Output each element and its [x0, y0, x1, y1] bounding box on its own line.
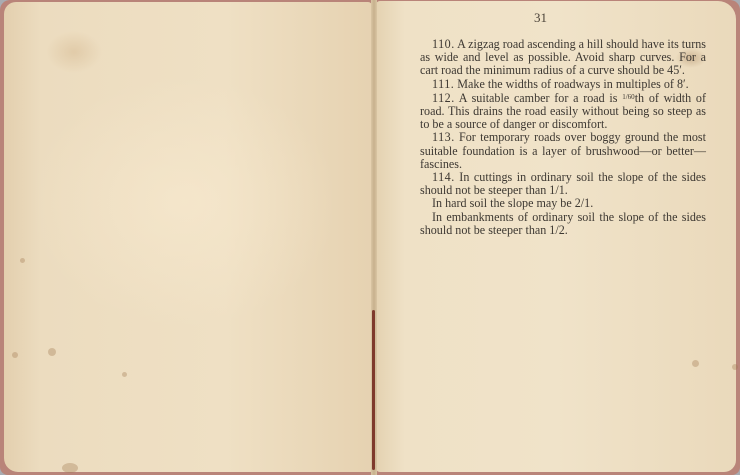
section-number: 113.: [432, 130, 455, 144]
section-number: 110.: [432, 37, 455, 51]
paragraph-114: 114. In cuttings in ordinary soil the sl…: [420, 171, 706, 197]
paragraph-113: 113. For temporary roads over boggy grou…: [420, 131, 706, 171]
left-page: [4, 2, 372, 472]
stain-spot: [48, 348, 56, 356]
stain-spot: [122, 372, 127, 377]
stain-spot: [62, 463, 78, 473]
page-number: 31: [534, 10, 547, 26]
section-number: 111.: [432, 77, 454, 91]
paragraph-110: 110. A zigzag road ascending a hill shou…: [420, 38, 706, 78]
stain-spot: [732, 364, 738, 370]
section-number: 112.: [432, 91, 455, 105]
stain-spot: [12, 352, 18, 358]
page-text: 110. A zigzag road ascending a hill shou…: [420, 38, 706, 237]
open-book: 31 110. A zigzag road ascending a hill s…: [0, 0, 740, 475]
fraction: 1/60: [622, 93, 634, 101]
stain-spot: [20, 258, 25, 263]
section-number: 114.: [432, 170, 455, 184]
stain-spot: [692, 360, 699, 367]
paragraph-embankments: In embankments of ordinary soil the slop…: [420, 211, 706, 237]
binding-tear: [372, 310, 375, 470]
paragraph-111: 111. Make the widths of roadways in mult…: [420, 78, 706, 91]
paragraph-112: 112. A suitable camber for a road is 1/6…: [420, 91, 706, 132]
